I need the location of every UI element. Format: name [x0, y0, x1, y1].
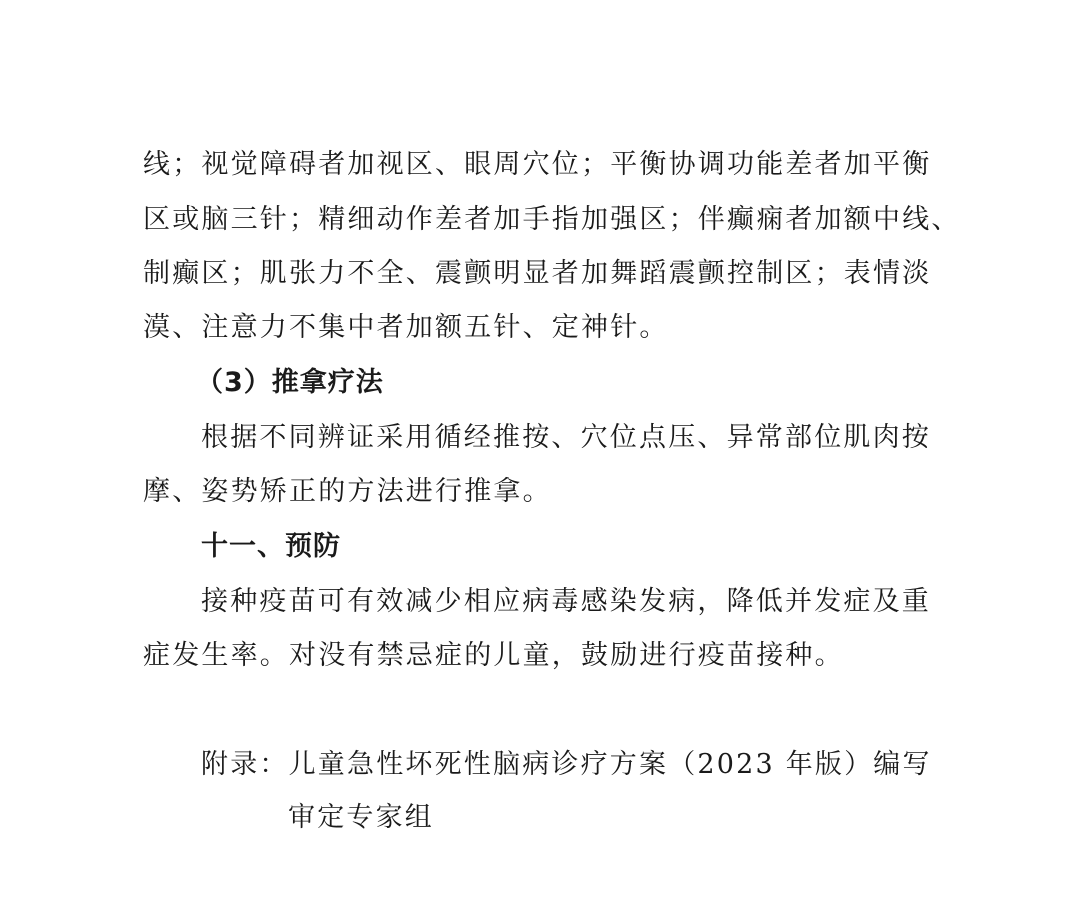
paragraph-line: 制癫区；肌张力不全、震颤明显者加舞蹈震颤控制区；表情淡 — [143, 256, 931, 292]
paragraph-line: 区或脑三针；精细动作差者加手指加强区；伴癫痫者加额中线、 — [143, 202, 961, 238]
section-heading-prevention: 十一、预防 — [201, 529, 341, 565]
paragraph-line: 漠、注意力不集中者加额五针、定神针。 — [143, 310, 669, 346]
document-page: 线；视觉障碍者加视区、眼周穴位；平衡协调功能差者加平衡 区或脑三针；精细动作差者… — [0, 0, 1080, 908]
appendix-title: 附录：儿童急性坏死性脑病诊疗方案（2023 年版）编写 — [201, 747, 932, 783]
paragraph-line: 根据不同辨证采用循经推按、穴位点压、异常部位肌肉按 — [201, 420, 931, 456]
appendix-subtitle: 审定专家组 — [288, 800, 434, 836]
section-heading-massage-therapy: （3）推拿疗法 — [196, 365, 384, 401]
paragraph-line: 症发生率。对没有禁忌症的儿童，鼓励进行疫苗接种。 — [143, 638, 844, 674]
paragraph-line: 摩、姿势矫正的方法进行推拿。 — [143, 474, 552, 510]
paragraph-line: 线；视觉障碍者加视区、眼周穴位；平衡协调功能差者加平衡 — [143, 147, 931, 183]
paragraph-line: 接种疫苗可有效减少相应病毒感染发病，降低并发症及重 — [201, 584, 931, 620]
